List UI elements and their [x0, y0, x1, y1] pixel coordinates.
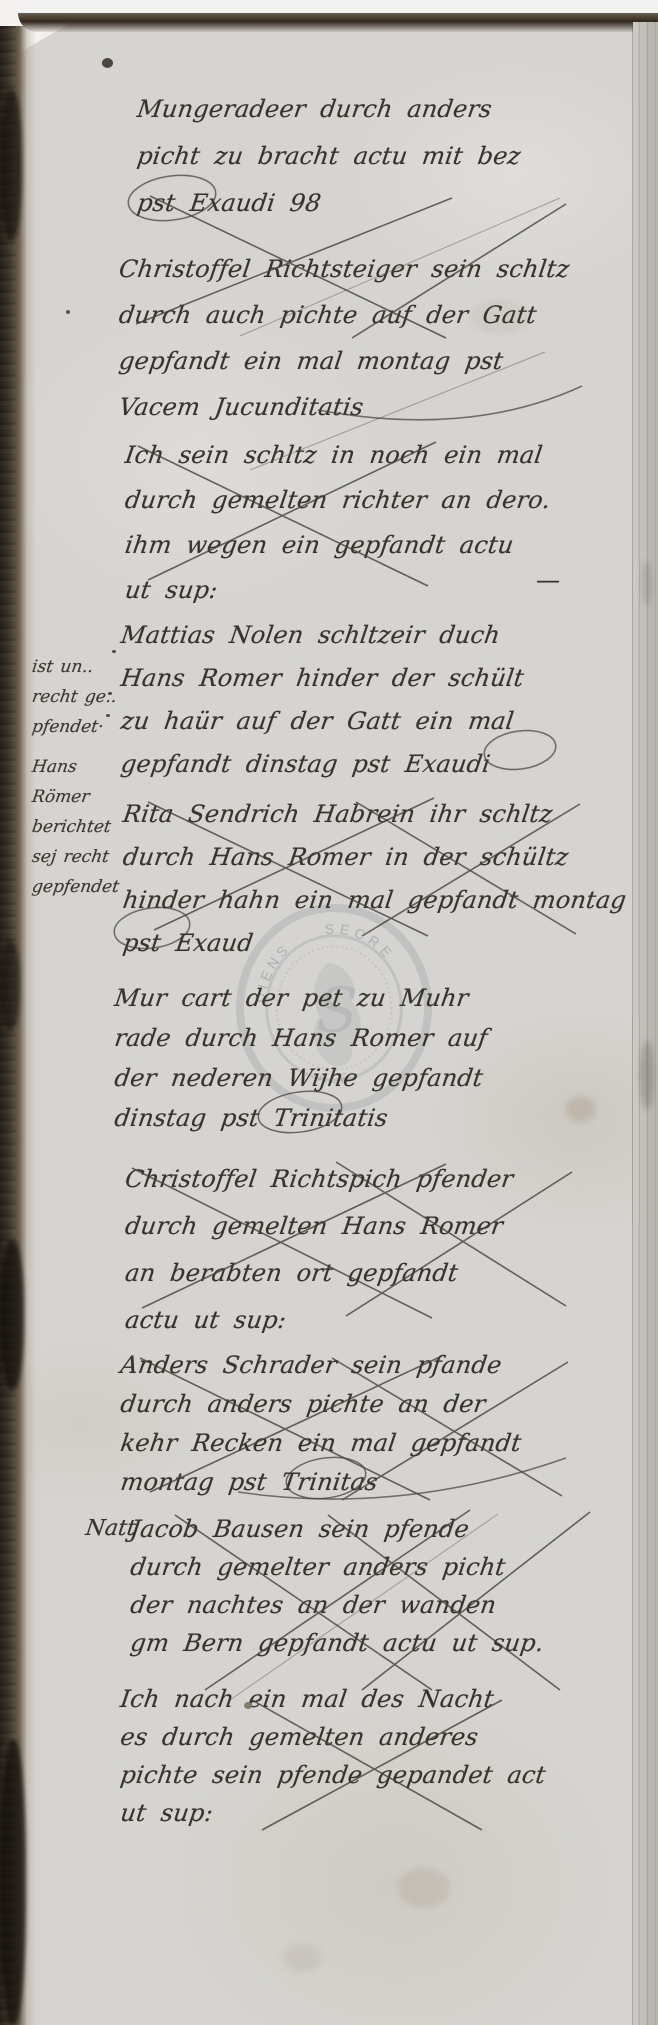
manuscript-paragraph-3: Ich sein schltz in noch ein mal durch ge… — [122, 433, 547, 613]
manuscript-line: picht zu bracht actu mit bez — [134, 133, 524, 180]
manuscript-line: Anders Schrader sein pfande — [118, 1346, 524, 1385]
page-top-edge — [18, 13, 658, 32]
manuscript-line: gepfandt dinstag pst Exaudi — [118, 743, 527, 786]
margin-line: sej recht — [30, 842, 126, 872]
manuscript-line: durch Hans Romer in der schültz — [120, 836, 629, 879]
manuscript-line: pst Exaud — [120, 922, 629, 965]
manuscript-line: Mur cart der pet zu Muhr — [112, 978, 490, 1018]
manuscript-line: actu ut sup: — [122, 1297, 516, 1344]
manuscript-line: durch gemelten Hans Romer — [122, 1203, 516, 1250]
wax-speck — [244, 1702, 252, 1709]
manuscript-line: rade durch Hans Romer auf — [112, 1018, 490, 1058]
edge-smudge — [640, 1040, 654, 1110]
manuscript-line: pst Exaudi 98 — [134, 180, 524, 227]
manuscript-line: ut sup: — [122, 568, 554, 613]
binding-knot — [0, 1740, 26, 2025]
manuscript-line: Jacob Bausen sein pfende — [128, 1510, 546, 1548]
manuscript-line: Mungeradeer durch anders — [134, 86, 524, 133]
stain — [282, 1944, 322, 1972]
ink-spot — [102, 58, 113, 68]
manuscript-paragraph-6: Mur cart der pet zu Muhr rade durch Hans… — [112, 978, 485, 1138]
edge-smudge — [642, 560, 652, 606]
manuscript-line: hinder hahn ein mal gepfandt montag — [120, 879, 629, 922]
ink-speck — [108, 692, 112, 695]
manuscript-paragraph-2: Christoffel Richtsteiger sein schltz dur… — [116, 246, 566, 430]
manuscript-line: pichte sein pfende gepandet act — [118, 1756, 548, 1794]
margin-line: berichtet — [30, 812, 126, 842]
manuscript-paragraph-9: Jacob Bausen sein pfende durch gemelter … — [128, 1510, 541, 1662]
margin-line: Hans — [30, 752, 126, 782]
binding-knot — [0, 1240, 24, 1390]
page-right-edge — [632, 22, 658, 2025]
margin-line: gepfendet — [30, 872, 126, 902]
manuscript-line: es durch gemelten anderes — [118, 1718, 548, 1756]
manuscript-line: Vacem Jucunditatis — [116, 384, 573, 430]
manuscript-line: kehr Recken ein mal gepfandt — [118, 1424, 524, 1463]
margin-line: Römer — [30, 782, 126, 812]
binding-knot — [0, 940, 20, 1030]
manuscript-paragraph-8: Anders Schrader sein pfande durch anders… — [118, 1346, 518, 1502]
manuscript-paragraph-10: Ich nach ein mal des Nacht es durch geme… — [118, 1680, 543, 1832]
manuscript-paragraph-1: Mungeradeer durch anders picht zu bracht… — [134, 86, 517, 227]
manuscript-line: durch gemelter anders picht — [128, 1548, 546, 1586]
manuscript-line: an berabten ort gepfandt — [122, 1250, 516, 1297]
manuscript-line: zu haür auf der Gatt ein mal — [118, 700, 527, 743]
manuscript-paragraph-5: Rita Sendrich Habrein ihr schltz durch H… — [120, 793, 623, 965]
manuscript-line: gepfandt ein mal montag pst — [116, 338, 573, 384]
manuscript-line: Mattias Nolen schltzeir duch — [118, 614, 527, 657]
margin-dash: — — [536, 566, 560, 594]
ink-speck — [106, 714, 110, 717]
manuscript-line: Christoffel Richtsteiger sein schltz — [116, 246, 573, 292]
manuscript-line: Christoffel Richtspich pfender — [122, 1156, 516, 1203]
manuscript-line: ut sup: — [118, 1794, 548, 1832]
manuscript-line: der nederen Wijhe gepfandt — [112, 1058, 490, 1098]
margin-line: pfendet· — [30, 712, 126, 742]
binding-knot — [0, 90, 22, 240]
manuscript-line: montag pst Trinitas — [118, 1463, 524, 1502]
manuscript-scan: { "document": { "kind": "Handwritten man… — [0, 0, 658, 2025]
manuscript-line: Rita Sendrich Habrein ihr schltz — [120, 793, 629, 836]
manuscript-line: Hans Romer hinder der schült — [118, 657, 527, 700]
stain — [566, 1096, 596, 1122]
manuscript-line: ihm wegen ein gepfandt actu — [122, 523, 554, 568]
ink-speck — [66, 310, 70, 314]
manuscript-paragraph-4: Mattias Nolen schltzeir duch Hans Romer … — [118, 614, 521, 786]
margin-line: recht ge.. — [30, 682, 126, 712]
manuscript-line: Ich nach ein mal des Nacht — [118, 1680, 548, 1718]
manuscript-line: Ich sein schltz in noch ein mal — [122, 433, 554, 478]
manuscript-paragraph-7: Christoffel Richtspich pfender durch gem… — [122, 1156, 510, 1344]
margin-line: ist un.. — [30, 652, 126, 682]
manuscript-line: durch gemelten richter an dero. — [122, 478, 554, 523]
stain — [398, 1868, 450, 1908]
ink-speck — [112, 650, 116, 653]
margin-annotation: ist un.. recht ge.. pfendet· Hans Römer … — [30, 652, 122, 902]
manuscript-line: dinstag pst Trinitatis — [112, 1098, 490, 1138]
manuscript-line: durch anders pichte an der — [118, 1385, 524, 1424]
manuscript-line: gm Bern gepfandt actu ut sup. — [128, 1624, 546, 1662]
manuscript-line: der nachtes an der wanden — [128, 1586, 546, 1624]
manuscript-line: durch auch pichte auf der Gatt — [116, 292, 573, 338]
